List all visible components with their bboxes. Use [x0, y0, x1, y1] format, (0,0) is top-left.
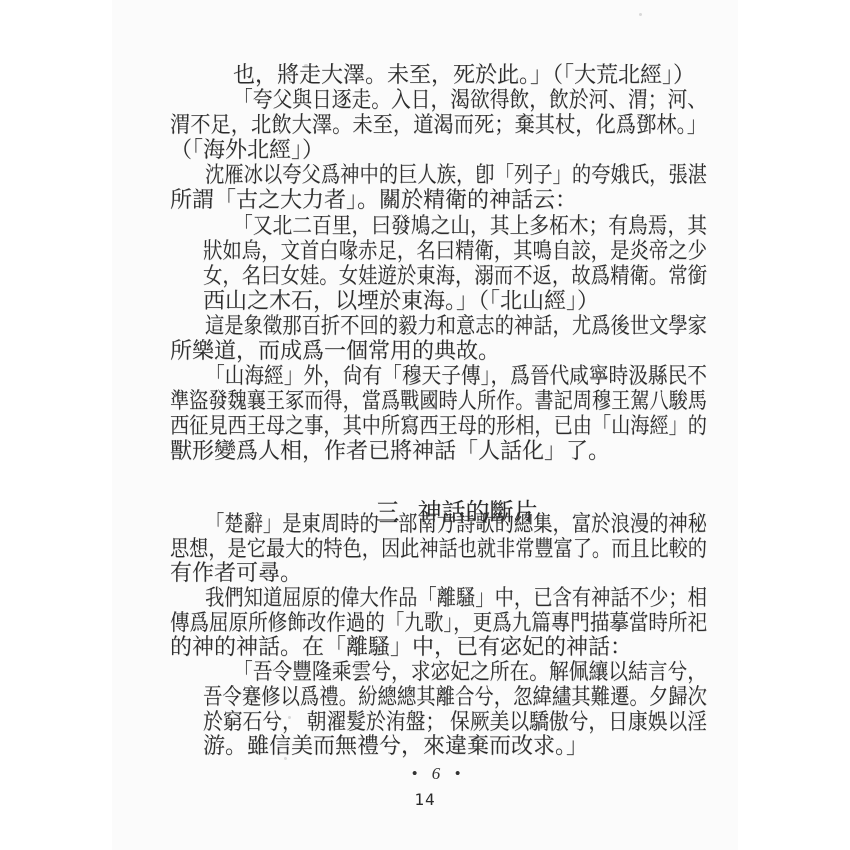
text-line: 「山海經」外，尙有「穆天子傳」，爲晉代咸寧時汲縣民不: [170, 363, 707, 388]
body-text-upper: 也，將走大澤。未至，死於此。」（「大荒北經」）「夸父與日逐走。入日，渴欲得飲，飲…: [170, 62, 707, 464]
scanned-page: 也，將走大澤。未至，死於此。」（「大荒北經」）「夸父與日逐走。入日，渴欲得飲，飲…: [112, 0, 738, 850]
text-line: 「楚辭」是東周時的一部南方詩歌的總集，富於浪漫的神秘: [170, 512, 707, 537]
text-line: 這是象徵那百折不回的毅力和意志的神話，尤爲後世文學家: [170, 313, 707, 338]
text-line: 思想，是它最大的特色，因此神話也就非常豐富了。而且比較的: [170, 537, 707, 562]
book-scan-page: 也，將走大澤。未至，死於此。」（「大荒北經」）「夸父與日逐走。入日，渴欲得飲，飲…: [0, 0, 850, 850]
text-line: 西山之木石，以堙於東海。」（「北山經」）: [170, 288, 707, 313]
text-line: 「又北二百里，曰發鳩之山，其上多柘木；有鳥焉，其: [170, 213, 707, 238]
text-line: 的神的神話。在「離騷」中，已有宓妃的神話：: [170, 635, 707, 660]
text-line: 有作者可尋。: [170, 561, 707, 586]
text-line: 獸形變爲人相，作者已將神話「人話化」了。: [170, 438, 707, 463]
text-line: 沈雁冰以夸父爲神中的巨人族，卽「列子」的夸娥氏，張湛: [170, 162, 707, 187]
scan-speck: [288, 716, 291, 719]
book-page-number: • 6 •: [170, 764, 707, 784]
scan-speck: [639, 13, 642, 16]
scan-speck: [304, 64, 308, 67]
text-line: 吾令蹇修以爲禮。紛總總其離合兮，忽緯繣其難遷。夕歸次: [170, 685, 707, 710]
text-line: 準盜發魏襄王冢而得，當爲戰國時人所作。書記周穆王駕八駿馬: [170, 388, 707, 413]
text-line: 狀如烏，文首白喙赤足，名曰精衛，其鳴自詨，是炎帝之少: [170, 238, 707, 263]
text-line: 游。雖信美而無禮兮，來違棄而改求。」: [170, 734, 707, 759]
text-line: （「海外北經」）: [170, 137, 707, 162]
text-line: 所樂道，而成爲一個常用的典故。: [170, 338, 707, 363]
section-heading: 三神話的斷片: [170, 468, 707, 498]
text-line: 也，將走大澤。未至，死於此。」（「大荒北經」）: [170, 62, 707, 87]
text-line: 於窮石兮， 朝濯髮於洧盤； 保厥美以驕傲兮，日康娛以淫: [170, 710, 707, 735]
text-line: 傳爲屈原所修飾改作過的「九歌」，更爲九篇專門描摹當時所祀: [170, 611, 707, 636]
text-line: 「吾令豐隆乘雲兮，求宓妃之所在。解佩纕以結言兮，: [170, 660, 707, 685]
text-line: 女，名曰女娃。女娃遊於東海，溺而不返，故爲精衛。常銜: [170, 263, 707, 288]
text-line: 渭不足，北飲大澤。未至，道渴而死；棄其杖，化爲鄧林。」: [170, 112, 707, 137]
text-line: 「夸父與日逐走。入日，渴欲得飲，飲於河、渭；河、: [170, 87, 707, 112]
text-line: 西征見西王母之事，其中所寫西王母的形相，已由「山海經」的: [170, 413, 707, 438]
body-text-lower: 「楚辭」是東周時的一部南方詩歌的總集，富於浪漫的神秘思想，是它最大的特色，因此神…: [170, 512, 707, 759]
scan-speck: [284, 757, 287, 760]
scan-page-number: 14: [112, 790, 738, 809]
text-line: 所謂「古之大力者」。關於精衛的神話云：: [170, 187, 707, 212]
text-line: 我們知道屈原的偉大作品「離騷」中，已含有神話不少；相: [170, 586, 707, 611]
